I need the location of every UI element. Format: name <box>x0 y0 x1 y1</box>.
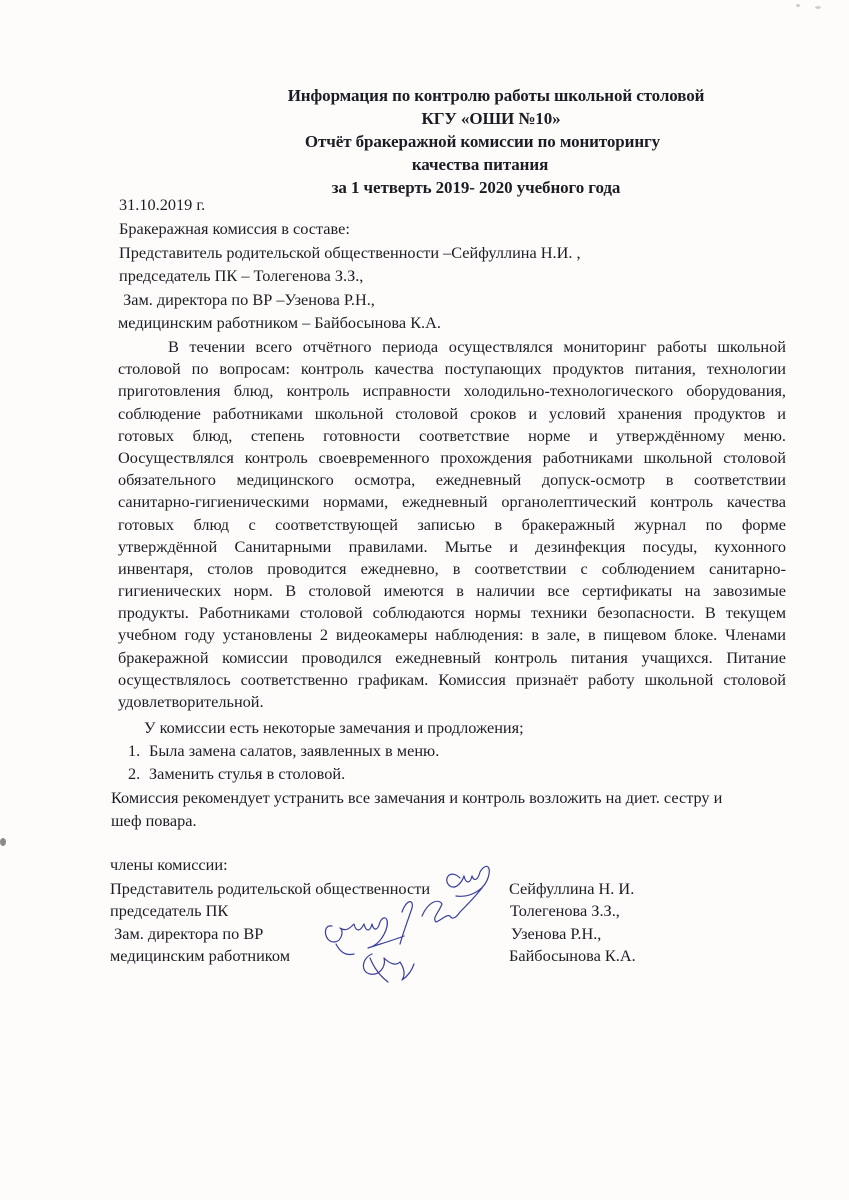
body-line: инвентаря, столов проводится ежедневно, … <box>118 558 786 580</box>
body-line: утверждённой Санитарными правилами. Мыть… <box>118 536 786 558</box>
remark-item-number: 1. <box>128 741 140 761</box>
recommendation: Комиссия рекомендует устранить все замеч… <box>111 788 722 808</box>
header-report-title: Отчёт бракеражной комиссии по мониторинг… <box>135 130 830 153</box>
body-line: санитарно-гигиеническими нормами, ежедне… <box>118 491 786 513</box>
body-line: Оосуществлялся контроль своевременного п… <box>118 447 786 469</box>
document-date: 31.10.2019 г. <box>119 195 205 215</box>
remark-item: Была замена салатов, заявленных в меню. <box>149 741 439 761</box>
remarks-intro: У комиссии есть некоторые замечания и пр… <box>144 718 524 738</box>
header-period: за 1 четверть 2019- 2020 учебного года <box>122 176 830 199</box>
commission-member: медицинским работником – Байбосынова К.А… <box>118 313 441 333</box>
body-line: столовой по вопросам: контроль качества … <box>118 358 786 380</box>
body-line: соблюдение работниками школьной столовой… <box>118 403 786 425</box>
commission-member: Представитель родительской общественност… <box>119 243 581 263</box>
body-line: продукты. Работниками столовой соблюдают… <box>118 602 786 624</box>
report-body: В течении всего отчётного периода осущес… <box>118 336 786 713</box>
scan-speck <box>796 4 800 7</box>
body-line: готовых блюд, степень готовности соответ… <box>118 425 786 447</box>
body-line: приготовления блюд, контроль исправности… <box>118 380 786 402</box>
body-line: осуществлялось соответственно графикам. … <box>118 669 786 691</box>
body-line: готовых блюд с соответствующей записью в… <box>118 514 786 536</box>
header-report-subtitle: качества питания <box>130 153 830 176</box>
body-line: обязательного медицинского осмотра, ежед… <box>118 469 786 491</box>
hole-punch-mark <box>0 838 6 846</box>
document-header: Информация по контролю работы школьной с… <box>100 84 830 199</box>
commission-member: председатель ПК – Толегенова З.З., <box>119 266 363 286</box>
recommendation: шеф повара. <box>111 811 197 831</box>
scan-speck <box>815 6 821 9</box>
remark-item: Заменить стулья в столовой. <box>149 764 345 784</box>
document-page: Информация по контролю работы школьной с… <box>0 0 849 1200</box>
signature-name: Толегенова З.З., <box>510 901 620 921</box>
signature-name: Сейфуллина Н. И. <box>509 879 634 899</box>
handwritten-signatures <box>310 858 510 988</box>
signature-name: Узенова Р.Н., <box>511 924 601 944</box>
signature-role: председатель ПК <box>110 901 228 921</box>
signatures-heading: члены комиссии: <box>110 855 228 875</box>
commission-intro: Бракеражная комиссия в составе: <box>119 219 350 239</box>
signature-name: Байбосынова К.А. <box>509 946 636 966</box>
remark-item-number: 2. <box>128 764 140 784</box>
body-line: бракеражной комиссии проводился ежедневн… <box>118 647 786 669</box>
header-school-name: КГУ «ОШИ №10» <box>152 107 830 130</box>
body-line: гигиенических норм. В столовой имеются в… <box>118 580 786 602</box>
commission-member: Зам. директора по ВР –Узенова Р.Н., <box>119 290 375 310</box>
body-line: В течении всего отчётного периода осущес… <box>118 336 786 358</box>
body-line: удовлетворительной. <box>118 691 786 713</box>
signature-role: Зам. директора по ВР <box>110 924 263 944</box>
header-title-line: Информация по контролю работы школьной с… <box>162 84 830 107</box>
body-line: учебном году установлены 2 видеокамеры н… <box>118 624 786 646</box>
signature-role: медицинским работником <box>110 946 290 966</box>
